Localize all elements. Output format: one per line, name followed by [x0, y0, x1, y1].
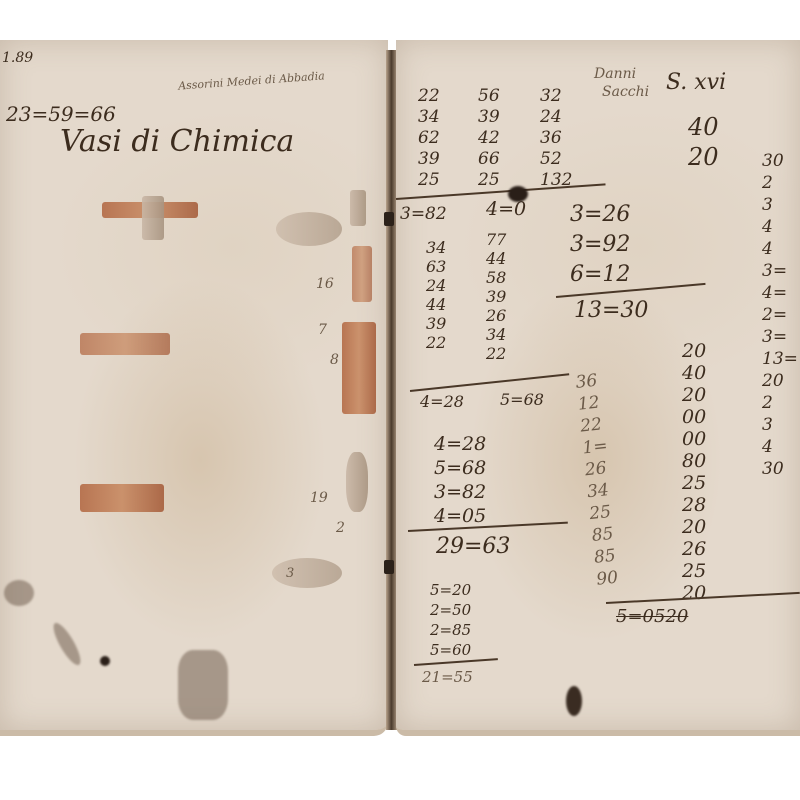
column-3: 32243652132 [540, 86, 572, 191]
stain [272, 558, 342, 588]
gutter-number: 3 [286, 566, 294, 581]
header-right: S. xvi [666, 70, 726, 95]
header-annotation: Danni [594, 66, 636, 82]
sum-line [410, 373, 569, 391]
block-a-column-1: 346324443922 [426, 238, 446, 352]
sealing-wax-tab [342, 322, 376, 414]
crossed-total: 5=0520 [616, 606, 688, 627]
ink-stain [178, 650, 228, 720]
gutter-number: 8 [330, 352, 339, 368]
subtotal: 3=82 [400, 204, 447, 224]
left-page: 1.89 Assorini Medei di Abbadia 23=59=66 … [0, 40, 388, 736]
binding-stitch [384, 212, 394, 226]
sum-line [408, 522, 568, 532]
block-b-total: 13=30 [574, 298, 648, 323]
block-b: 3=263=926=12 [570, 200, 630, 290]
block-d: 5=202=502=855=60 [430, 580, 471, 660]
gutter-number: 2 [336, 520, 345, 536]
ink-stain [4, 580, 34, 606]
block-c: 4=285=683=824=05 [434, 432, 486, 528]
top-right-values: 4020 [688, 112, 719, 172]
paper-tab [350, 190, 366, 226]
row-total: 5=68 [500, 390, 544, 409]
margin-note: Assorini Medei di Abbadia [178, 68, 339, 92]
far-right-column: 3023443=4=2=3=13=2023430 [762, 150, 798, 480]
block-a-column-2: 77445839263422 [486, 230, 506, 363]
gutter-number: 16 [316, 276, 334, 292]
row-total: 4=28 [420, 392, 464, 411]
sealing-wax-tab [352, 246, 372, 302]
paper-tab [142, 196, 164, 240]
middle-column: 3612221=263425858590 [575, 369, 623, 590]
ink-stain [49, 620, 85, 669]
header-annotation: Sacchi [602, 84, 649, 100]
sealing-wax-tab [80, 484, 164, 512]
open-ledger-book: 1.89 Assorini Medei di Abbadia 23=59=66 … [0, 40, 800, 740]
gutter-number: 19 [310, 490, 328, 506]
column-1: 2234623925 [418, 86, 440, 191]
top-numbers: 23=59=66 [6, 102, 116, 126]
block-c-total: 29=63 [436, 534, 510, 559]
gutter-number: 7 [318, 322, 327, 338]
page-title: Vasi di Chimica [60, 124, 294, 159]
corner-number: 1.89 [2, 50, 33, 66]
right-page: Danni Sacchi S. xvi 2234623925 563942662… [396, 40, 800, 736]
ink-stain [566, 686, 582, 716]
right-column: 204020000080252820262520 [682, 340, 706, 604]
block-d-total: 21=55 [422, 668, 473, 686]
sealing-wax-tab [80, 333, 170, 355]
stain [276, 212, 342, 246]
ink-stain [100, 656, 110, 666]
binding-stitch [384, 560, 394, 574]
column-2: 5639426625 [478, 86, 500, 191]
paper-tab [346, 452, 368, 512]
ink-blot [508, 186, 528, 202]
